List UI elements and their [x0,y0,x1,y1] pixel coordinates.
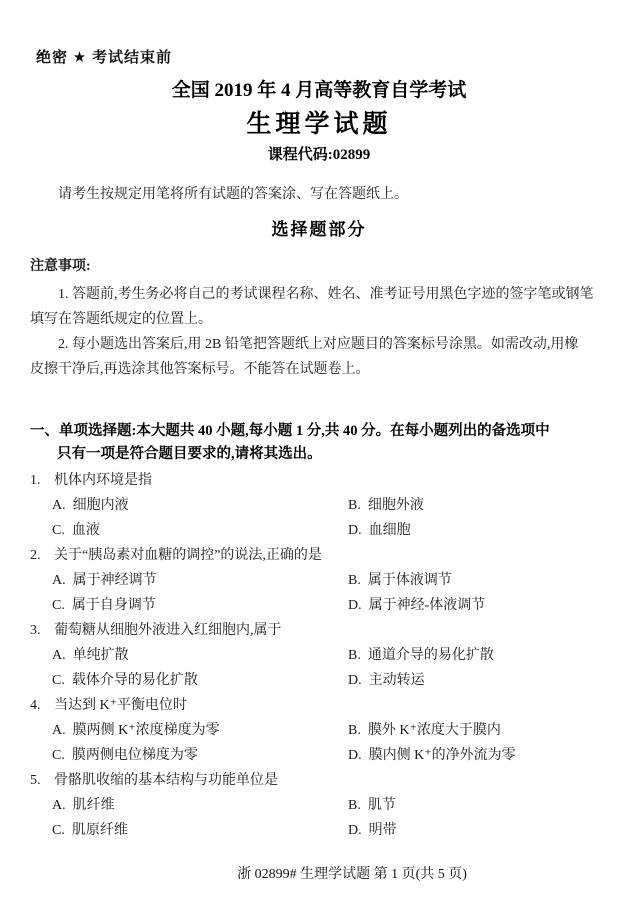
option-text: 载体介导的易化扩散 [72,673,198,688]
option-letter: C. [52,523,65,538]
option-letter: D. [348,823,362,838]
option-grid: A.单纯扩散B.通道介导的易化扩散C.载体介导的易化扩散D.主动转运 [52,643,608,693]
option-letter: B. [348,648,361,663]
option-text: 血液 [72,523,100,538]
course-code: 课程代码:02899 [30,147,608,164]
question-text: 关于“胰岛素对血糖的调控”的说法,正确的是 [54,548,322,563]
question: 5.骨骼肌收缩的基本结构与功能单位是A.肌纤维B.肌节C.肌原纤维D.明带 [30,768,608,843]
question: 3.葡萄糖从细胞外液进入红细胞内,属于A.单纯扩散B.通道介导的易化扩散C.载体… [30,618,608,693]
question: 2.关于“胰岛素对血糖的调控”的说法,正确的是A.属于神经调节B.属于体液调节C… [30,543,608,618]
option-text: 膜内侧 K⁺的净外流为零 [369,748,516,763]
option-text: 膜两侧电位梯度为零 [72,748,198,763]
option: C.血液 [52,518,348,543]
option-text: 肌纤维 [73,798,115,813]
answer-sheet-instruction: 请考生按规定用笔将所有试题的答案涂、写在答题纸上。 [30,186,608,203]
question-number: 3. [30,618,54,643]
question-list: 1.机体内环境是指A.细胞内液B.细胞外液C.血液D.血细胞2.关于“胰岛素对血… [30,468,608,843]
option-text: 膜外 K⁺浓度大于膜内 [368,723,501,738]
notices-block: 1. 答题前,考生务必将自己的考试课程名称、姓名、准考证号用黑色字迹的签字笔或钢… [30,282,608,382]
option-letter: A. [52,723,66,738]
option-grid: A.属于神经调节B.属于体液调节C.属于自身调节D.属于神经-体液调节 [52,568,608,618]
option-text: 肌节 [368,798,396,813]
question-line: 1.机体内环境是指 [30,468,608,493]
option: A.单纯扩散 [52,643,348,668]
question-number: 5. [30,768,54,793]
option: D.主动转运 [348,668,608,693]
option: A.属于神经调节 [52,568,348,593]
option-letter: D. [348,673,362,688]
question: 4.当达到 K⁺平衡电位时A.膜两侧 K⁺浓度梯度为零B.膜外 K⁺浓度大于膜内… [30,693,608,768]
question-number: 4. [30,693,54,718]
option-text: 属于自身调节 [72,598,156,613]
option-letter: C. [52,823,65,838]
option: B.肌节 [348,793,608,818]
option-letter: D. [348,598,362,613]
option: A.肌纤维 [52,793,348,818]
option-letter: A. [52,573,66,588]
question-text: 葡萄糖从细胞外液进入红细胞内,属于 [54,623,282,638]
notice-line: 1. 答题前,考生务必将自己的考试课程名称、姓名、准考证号用黑色字迹的签字笔或钢… [30,282,608,307]
question-line: 3.葡萄糖从细胞外液进入红细胞内,属于 [30,618,608,643]
option: A.细胞内液 [52,493,348,518]
option: C.属于自身调节 [52,593,348,618]
question-line: 5.骨骼肌收缩的基本结构与功能单位是 [30,768,608,793]
option-grid: A.肌纤维B.肌节C.肌原纤维D.明带 [52,793,608,843]
notice-line: 皮擦干净后,再选涂其他答案标号。不能答在试题卷上。 [30,357,608,382]
section-heading-line: 一、单项选择题:本大题共 40 小题,每小题 1 分,共 40 分。在每小题列出… [30,420,608,443]
option-letter: B. [348,573,361,588]
option-text: 属于神经调节 [73,573,157,588]
option-text: 通道介导的易化扩散 [368,648,494,663]
exam-title: 全国 2019 年 4 月高等教育自学考试 [30,80,608,102]
section-heading: 一、单项选择题:本大题共 40 小题,每小题 1 分,共 40 分。在每小题列出… [30,420,608,466]
option: D.膜内侧 K⁺的净外流为零 [348,743,608,768]
option-text: 细胞内液 [73,498,129,513]
option-letter: B. [348,723,361,738]
option-text: 肌原纤维 [72,823,128,838]
option: D.属于神经-体液调节 [348,593,608,618]
option-text: 膜两侧 K⁺浓度梯度为零 [73,723,220,738]
option: D.明带 [348,818,608,843]
option: C.肌原纤维 [52,818,348,843]
paper-title: 生理学试题 [30,109,608,141]
option-letter: A. [52,798,66,813]
option: C.载体介导的易化扩散 [52,668,348,693]
option-letter: B. [348,798,361,813]
option-text: 血细胞 [369,523,411,538]
option-letter: C. [52,598,65,613]
classification-banner: 绝密 ★ 考试结束前 [36,50,608,66]
question-number: 2. [30,543,54,568]
question: 1.机体内环境是指A.细胞内液B.细胞外液C.血液D.血细胞 [30,468,608,543]
notice-line: 填写在答题纸规定的位置上。 [30,307,608,332]
exam-paper-page: 绝密 ★ 考试结束前 全国 2019 年 4 月高等教育自学考试 生理学试题 课… [0,0,620,903]
option-text: 主动转运 [369,673,425,688]
question-text: 当达到 K⁺平衡电位时 [54,698,187,713]
option-text: 明带 [369,823,397,838]
option-text: 属于神经-体液调节 [369,598,486,613]
option: C.膜两侧电位梯度为零 [52,743,348,768]
page-footer: 浙 02899# 生理学试题 第 1 页(共 5 页) [0,866,620,884]
option: B.通道介导的易化扩散 [348,643,608,668]
option: B.膜外 K⁺浓度大于膜内 [348,718,608,743]
option: A.膜两侧 K⁺浓度梯度为零 [52,718,348,743]
question-text: 机体内环境是指 [54,473,152,488]
option-letter: C. [52,673,65,688]
option-letter: C. [52,748,65,763]
option-letter: D. [348,748,362,763]
option: B.细胞外液 [348,493,608,518]
section-heading-line: 只有一项是符合题目要求的,请将其选出。 [30,443,608,466]
question-number: 1. [30,468,54,493]
question-text: 骨骼肌收缩的基本结构与功能单位是 [54,773,278,788]
notice-line: 2. 每小题选出答案后,用 2B 铅笔把答题纸上对应题目的答案标号涂黑。如需改动… [30,332,608,357]
option-letter: B. [348,498,361,513]
option-text: 属于体液调节 [368,573,452,588]
part-title: 选择题部分 [30,218,608,242]
option-letter: A. [52,498,66,513]
option-letter: A. [52,648,66,663]
question-line: 4.当达到 K⁺平衡电位时 [30,693,608,718]
question-line: 2.关于“胰岛素对血糖的调控”的说法,正确的是 [30,543,608,568]
option-text: 单纯扩散 [73,648,129,663]
option-grid: A.膜两侧 K⁺浓度梯度为零B.膜外 K⁺浓度大于膜内C.膜两侧电位梯度为零D.… [52,718,608,768]
notices-label: 注意事项: [30,258,608,275]
option: D.血细胞 [348,518,608,543]
option-letter: D. [348,523,362,538]
option-text: 细胞外液 [368,498,424,513]
option-grid: A.细胞内液B.细胞外液C.血液D.血细胞 [52,493,608,543]
option: B.属于体液调节 [348,568,608,593]
